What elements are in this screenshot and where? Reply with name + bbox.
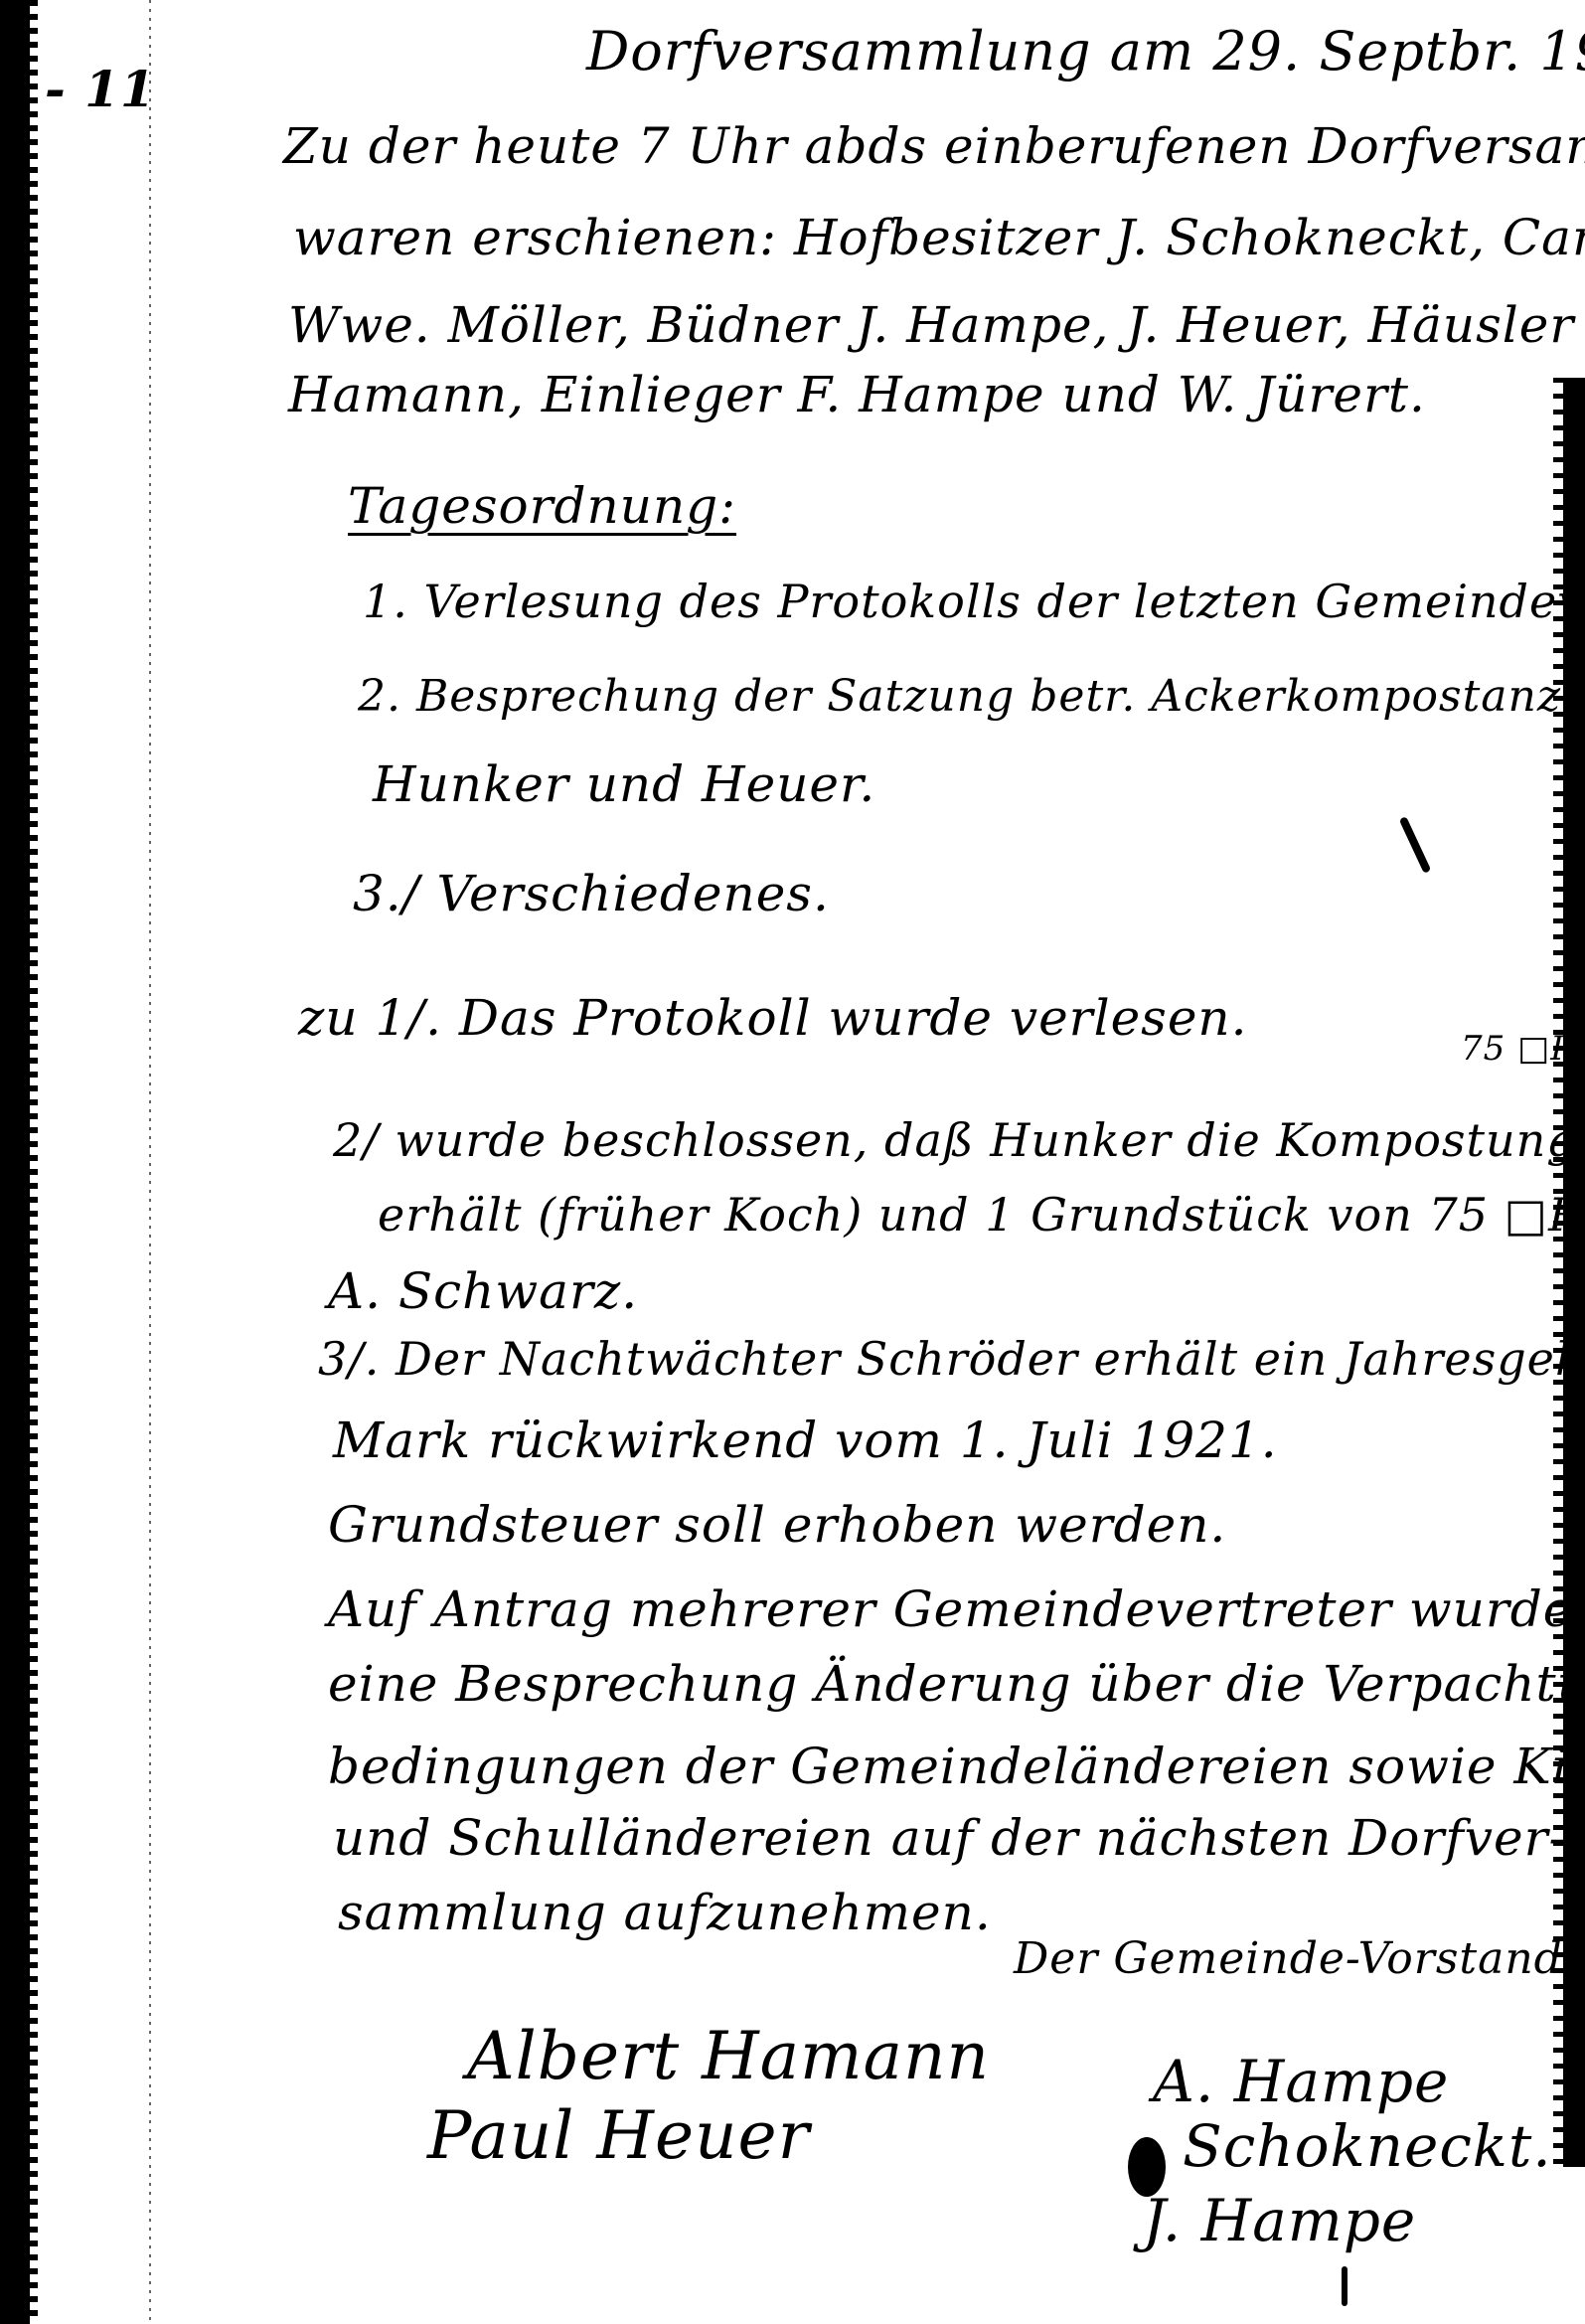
- scan-margin-line: [149, 0, 151, 2324]
- resolution-line: erhält (früher Koch) und 1 Grundstück vo…: [378, 1188, 1585, 1242]
- intro-line: Zu der heute 7 Uhr abds einberufenen Dor…: [283, 117, 1585, 175]
- ink-mark: [1342, 2266, 1347, 2306]
- signature: A. Hampe: [1153, 2048, 1449, 2115]
- margin-mark: - 11: [45, 60, 156, 118]
- signature: Paul Heuer: [427, 2097, 810, 2174]
- margin-note: 75 □R: [1461, 1029, 1577, 1069]
- document-title: Dorfversammlung am 29. Septbr. 1921.: [586, 20, 1585, 83]
- signature: Schokneckt.: [1183, 2112, 1552, 2180]
- resolution-line: bedingungen der Gemeindeländereien sowie…: [328, 1738, 1585, 1795]
- signature: Albert Hamann: [467, 2018, 990, 2094]
- resolution-line: Mark rückwirkend vom 1. Juli 1921.: [333, 1411, 1278, 1469]
- scan-binding-edge-right: [1563, 378, 1585, 2167]
- intro-line: Wwe. Möller, Büdner J. Hampe, J. Heuer, …: [288, 296, 1585, 354]
- ink-blot: [1128, 2137, 1166, 2197]
- resolution-line: Auf Antrag mehrerer Gemeindevertreter wu…: [328, 1580, 1585, 1638]
- agenda-heading: Tagesordnung:: [348, 477, 736, 535]
- agenda-item: 1. Verlesung des Protokolls der letzten …: [363, 575, 1585, 628]
- resolution-line: eine Besprechung Änderung über die Verpa…: [328, 1655, 1585, 1713]
- closing-signatory-title: Der Gemeinde-Vorstand: [1014, 1933, 1563, 1984]
- resolution-line: sammlung aufzunehmen.: [338, 1884, 992, 1941]
- intro-line: Hamann, Einlieger F. Hampe und W. Jürert…: [288, 366, 1426, 423]
- agenda-item: Hunker und Heuer.: [373, 755, 875, 813]
- resolution-line: und Schulländereien auf der nächsten Dor…: [333, 1809, 1566, 1867]
- intro-line: waren erschienen: Hofbesitzer J. Schokne…: [293, 209, 1585, 266]
- resolution-line: 3/. Der Nachtwächter Schröder erhält ein…: [318, 1332, 1585, 1386]
- resolution-line: 2/ wurde beschlossen, daß Hunker die Kom…: [333, 1113, 1585, 1167]
- resolution-line: A. Schwarz.: [328, 1262, 638, 1320]
- scan-binding-edge-left: [0, 0, 30, 2324]
- signature: J. Hampe: [1143, 2187, 1416, 2254]
- agenda-item: 2. Besprechung der Satzung betr. Ackerko…: [358, 671, 1585, 722]
- agenda-item: 3./ Verschiedenes.: [353, 865, 830, 922]
- resolution-line: Grundsteuer soll erhoben werden.: [328, 1496, 1226, 1554]
- resolution-line: zu 1/. Das Protokoll wurde verlesen.: [298, 989, 1248, 1047]
- ink-mark: [1399, 816, 1432, 874]
